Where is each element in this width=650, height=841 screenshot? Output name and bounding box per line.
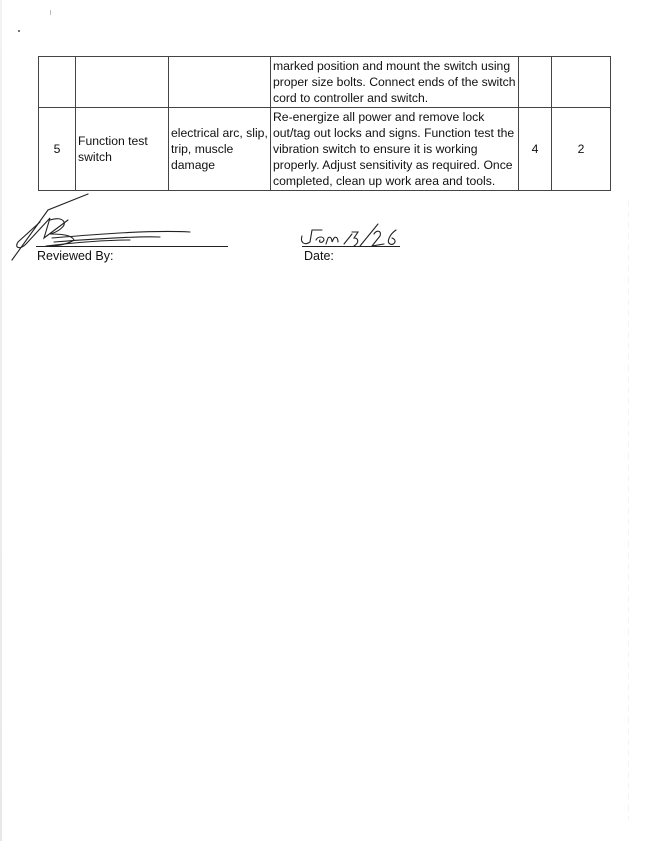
hazards-cell: [169, 57, 271, 108]
task-cell: Function test switch: [76, 108, 169, 191]
hazards-cell: electrical arc, slip, trip, muscle damag…: [169, 108, 271, 191]
procedure-cell: Re-energize all power and remove lock ou…: [271, 108, 519, 191]
handwritten-date: [296, 222, 406, 252]
job-hazard-table: marked position and mount the switch usi…: [38, 56, 611, 191]
procedure-cell: marked position and mount the switch usi…: [271, 57, 519, 108]
rating-cell-2: 2: [552, 108, 611, 191]
table-row: 5 Function test switch electrical arc, s…: [39, 108, 611, 191]
scan-speck: [50, 10, 51, 15]
rating-cell-1: [519, 57, 552, 108]
step-cell: 5: [39, 108, 76, 191]
rating-cell-2: [552, 57, 611, 108]
date-label: Date:: [304, 249, 334, 263]
scan-edge-left: [0, 0, 2, 841]
rating-cell-1: 4: [519, 108, 552, 191]
task-cell: [76, 57, 169, 108]
scan-edge-right: [628, 200, 629, 820]
reviewed-by-label: Reviewed By:: [37, 249, 113, 263]
table-row: marked position and mount the switch usi…: [39, 57, 611, 108]
step-cell: [39, 57, 76, 108]
reviewed-by-line: [36, 246, 228, 247]
date-line: [302, 246, 400, 247]
scan-speck: [18, 30, 20, 32]
